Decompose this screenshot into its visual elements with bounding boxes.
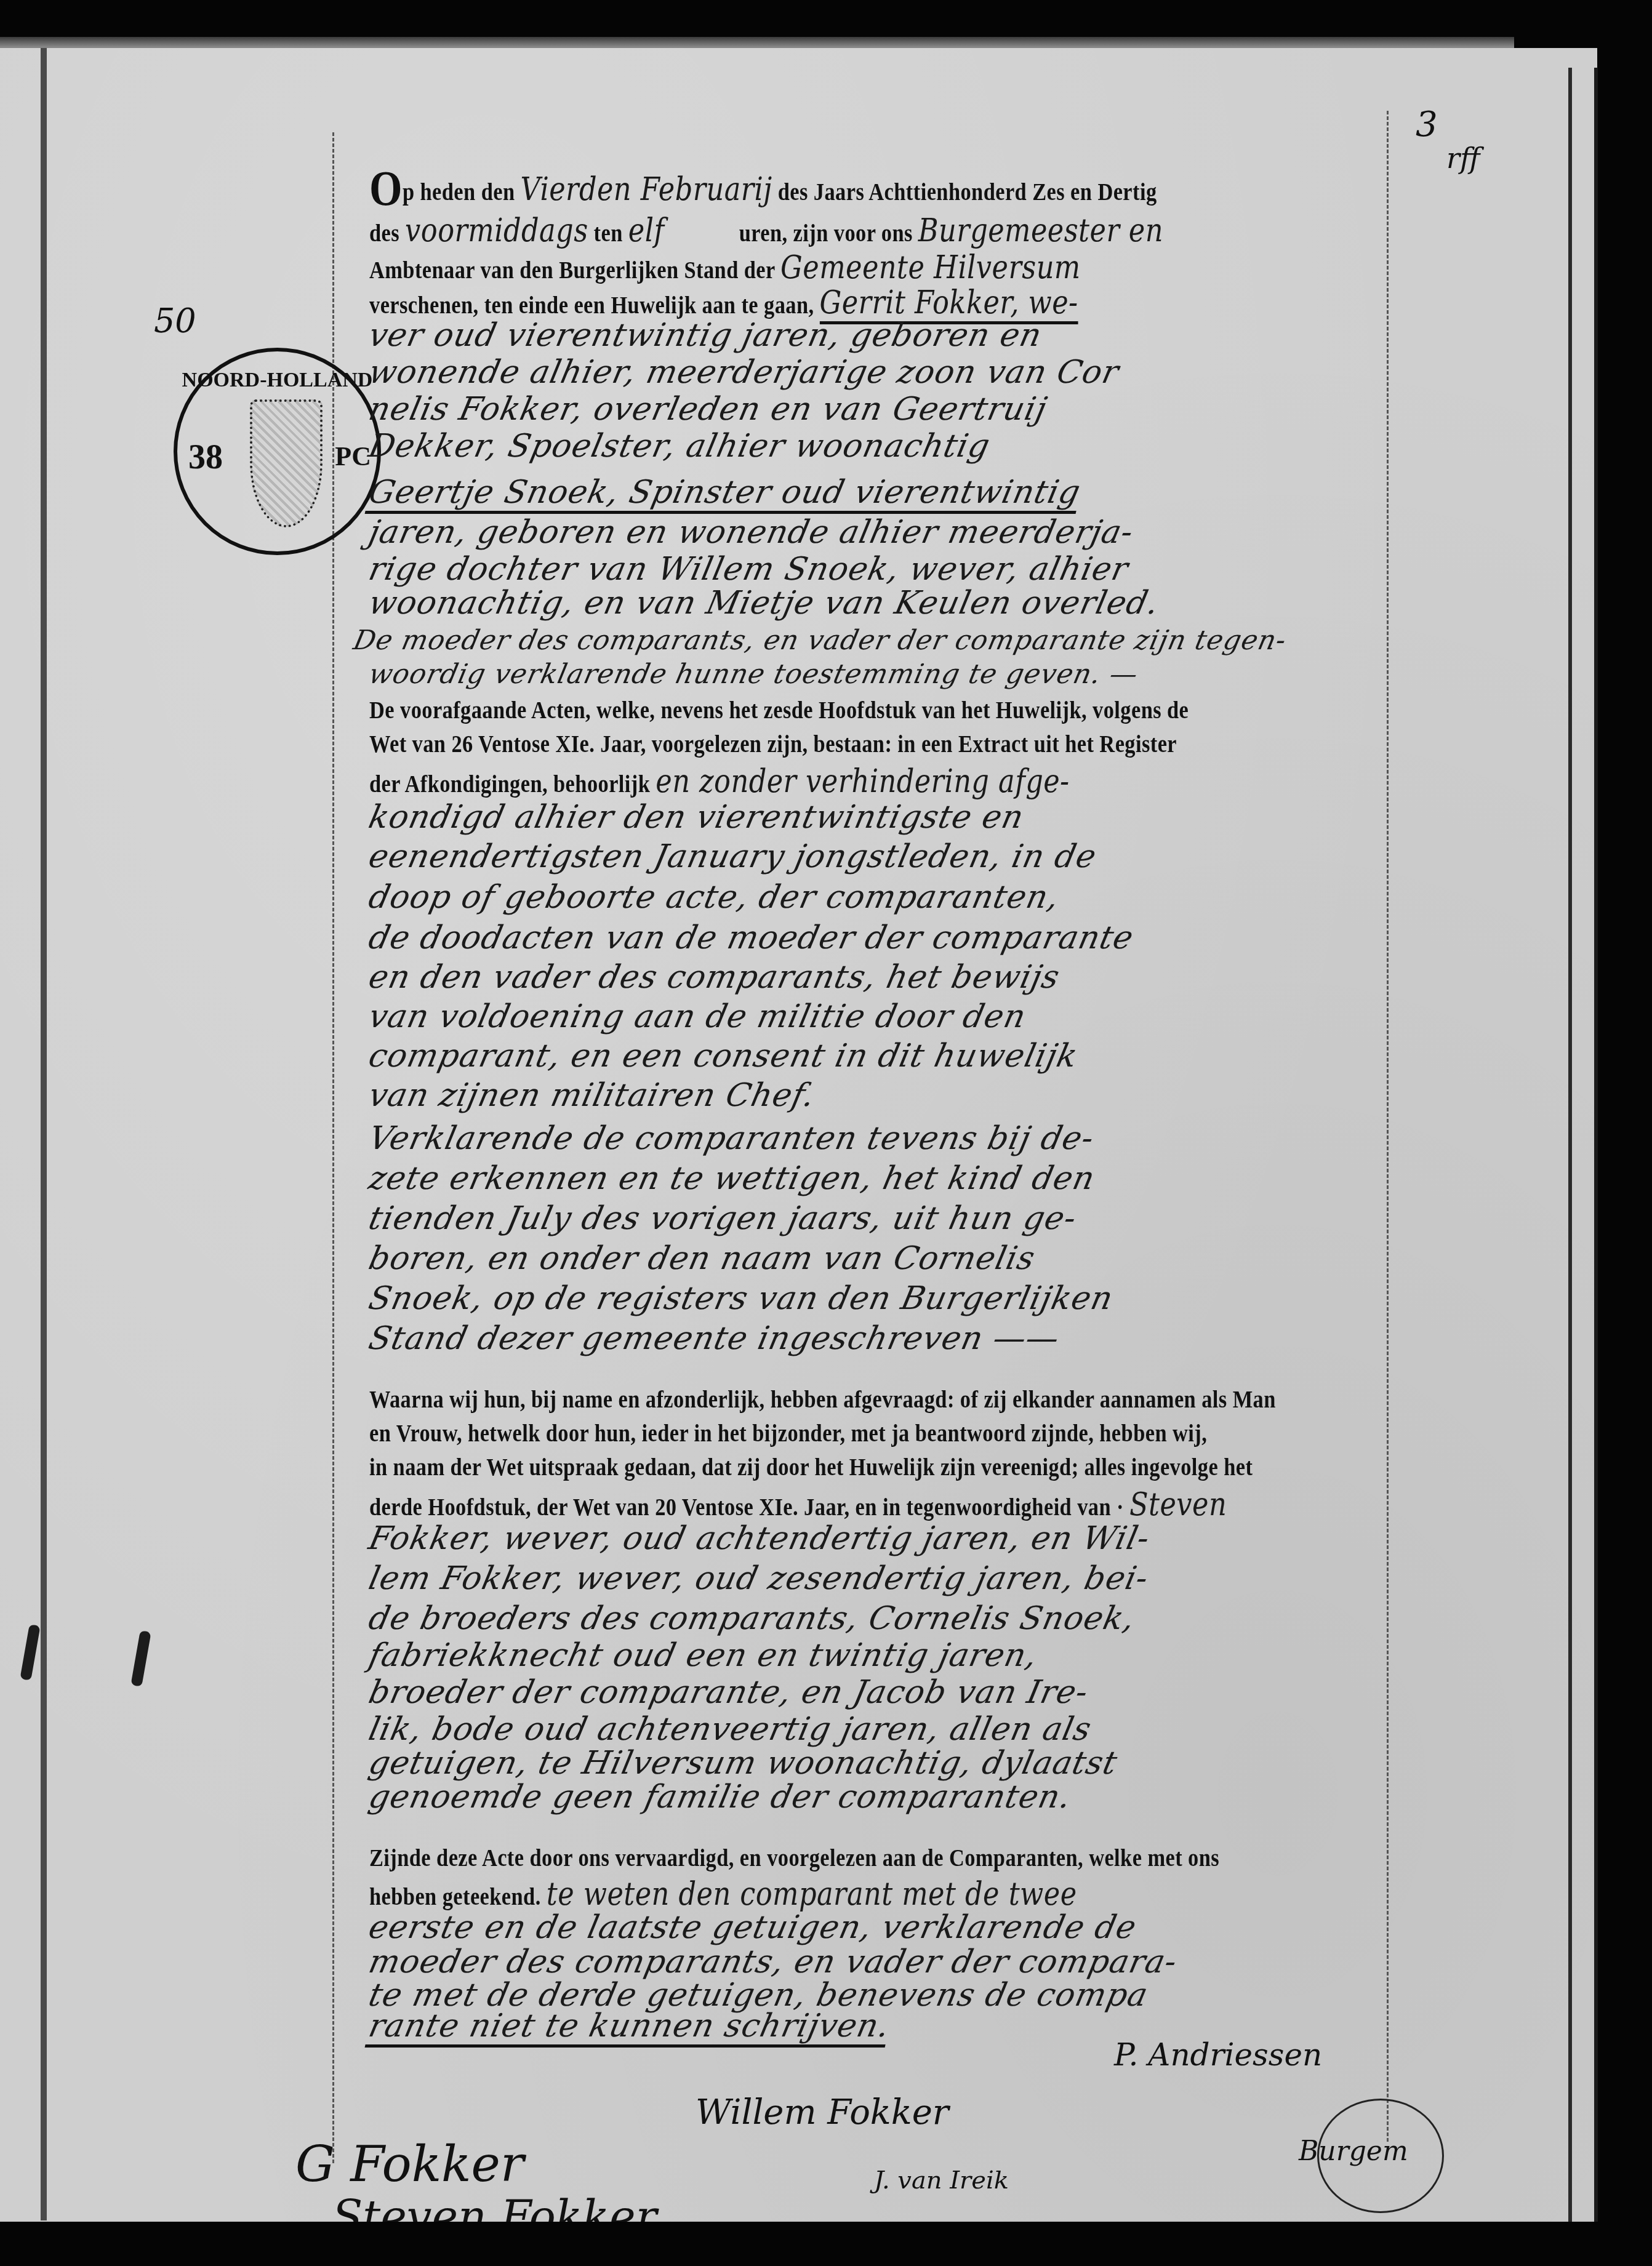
text-line: lem Fokker, wever, oud zesendertig jaren… (366, 1560, 1152, 1597)
text-line: doop of geboorte acte, der comparanten, (366, 879, 1063, 916)
text-line: in naam der Wet uitspraak gedaan, dat zi… (369, 1452, 1253, 1481)
text-line: Fokker, wever, oud achtendertig jaren, e… (366, 1520, 1153, 1557)
text-line: van voldoening aan de militie door den (366, 998, 1030, 1035)
text-line: De voorafgaande Acten, welke, nevens het… (369, 695, 1189, 724)
text-line: kondigd alhier den vierentwintigste en (366, 799, 1027, 836)
text-line: fabriekknecht oud een en twintig jaren, (366, 1637, 1041, 1674)
text-line: der Afkondigingen, behoorlijk en zonder … (369, 763, 1070, 800)
text-line: woordig verklarende hunne toestemming te… (366, 659, 1141, 690)
text-line: van zijnen militairen Chef. (366, 1077, 819, 1114)
text-line: de doodacten van de moeder der comparant… (366, 919, 1137, 956)
text-line: eenendertigsten January jongstleden, in … (366, 838, 1100, 875)
text-line: Ambtenaar van den Burgerlijken Stand der… (369, 249, 1081, 286)
scan-background (0, 2222, 1652, 2266)
text-line: woonachtig, en van Mietje van Keulen ove… (366, 585, 1163, 622)
text-line: moeder des comparants, en vader der comp… (366, 1944, 1181, 1980)
text-line: Verklarende de comparanten tevens bij de… (366, 1120, 1097, 1157)
text-line: getuigen, te Hilversum woonachtig, dylaa… (366, 1745, 1121, 1782)
binding-line (41, 48, 47, 2220)
text-line: Zijnde deze Acte door ons vervaardigd, e… (369, 1843, 1219, 1872)
act-number: 50 (154, 302, 196, 340)
text-line: en Vrouw, hetwelk door hun, ieder in het… (369, 1419, 1207, 1447)
text-line: lik, bode oud achtenveertig jaren, allen… (366, 1711, 1095, 1748)
stamp-suffix: PC (335, 441, 371, 472)
text-line: boren, en onder den naam van Cornelis (366, 1240, 1039, 1277)
text-line: des voormiddags ten elf uren, zijn voor … (369, 212, 1163, 249)
text-line: nelis Fokker, overleden en van Geertruij (366, 391, 1051, 428)
signature-witness: J. van Ireik (874, 2166, 1009, 2195)
seal-stamp: NOORD-HOLLAND 38 PC (174, 348, 381, 555)
bride-line: Geertje Snoek, Spinster oud vierentwinti… (366, 474, 1084, 511)
signature-witness: Willem Fokker (696, 2092, 949, 2132)
text-line: derde Hoofdstuk, der Wet van 20 Ventose … (369, 1486, 1227, 1523)
text-line: Stand dezer gemeente ingeschreven —— (366, 1320, 1063, 1357)
text-line: zete erkennen en te wettigen, het kind d… (366, 1160, 1099, 1197)
text-line: ver oud vierentwintig jaren, geboren en (366, 317, 1046, 354)
page-mark: rff (1446, 142, 1480, 175)
text-line: De moeder des comparants, en vader der c… (351, 625, 1289, 656)
text-line: de broeders des comparants, Cornelis Sno… (366, 1600, 1139, 1637)
text-line: genoemde geen familie der comparanten. (366, 1779, 1075, 1816)
text-line: tienden July des vorigen jaars, uit hun … (366, 1200, 1080, 1237)
text-line: rige dochter van Willem Snoek, wever, al… (366, 551, 1132, 588)
text-line: broeder der comparante, en Jacob van Ire… (366, 1674, 1092, 1711)
text-line: Op heden den Vierden Februarij des Jaars… (369, 161, 1157, 217)
stamp-number: 38 (188, 438, 223, 477)
text-line: verschenen, ten einde een Huwelijk aan t… (369, 284, 1078, 321)
text-line: wonende alhier, meerderjarige zoon van C… (366, 354, 1123, 391)
text-line: hebben geteekend. te weten den comparant… (369, 1876, 1077, 1913)
page-edge-shadow (1568, 68, 1572, 2222)
coat-of-arms-icon (250, 399, 323, 527)
handwritten-date: Vierden Februarij (521, 171, 772, 208)
text-line: Dekker, Spoelster, alhier woonachtig (366, 428, 993, 465)
text-line: Snoek, op de registers van den Burgerlij… (366, 1280, 1117, 1317)
right-column-rule (1387, 111, 1389, 2142)
text-line: comparant, en een consent in dit huwelij… (366, 1038, 1081, 1075)
text-line: rante niet te kunnen schrijven. (366, 2008, 894, 2044)
stamp-province: NOORD-HOLLAND (177, 369, 377, 392)
page-number: 3 (1416, 105, 1438, 145)
text-line: eerste en de laatste getuigen, verklaren… (366, 1909, 1140, 1946)
signature-flourish (1317, 2099, 1444, 2213)
page-edge-outer (1594, 68, 1598, 2222)
signature-mayor: P. Andriessen (1114, 2037, 1322, 2073)
text-line: en den vader des comparants, het bewijs (366, 959, 1063, 996)
text-line: jaren, geboren en wonende alhier meerder… (366, 514, 1137, 551)
signature-groom: G Fokker (295, 2136, 524, 2193)
text-line: Waarna wij hun, bij name en afzonderlijk… (369, 1385, 1276, 1414)
text-line: Wet van 26 Ventose XIe. Jaar, voorgeleze… (369, 729, 1177, 758)
